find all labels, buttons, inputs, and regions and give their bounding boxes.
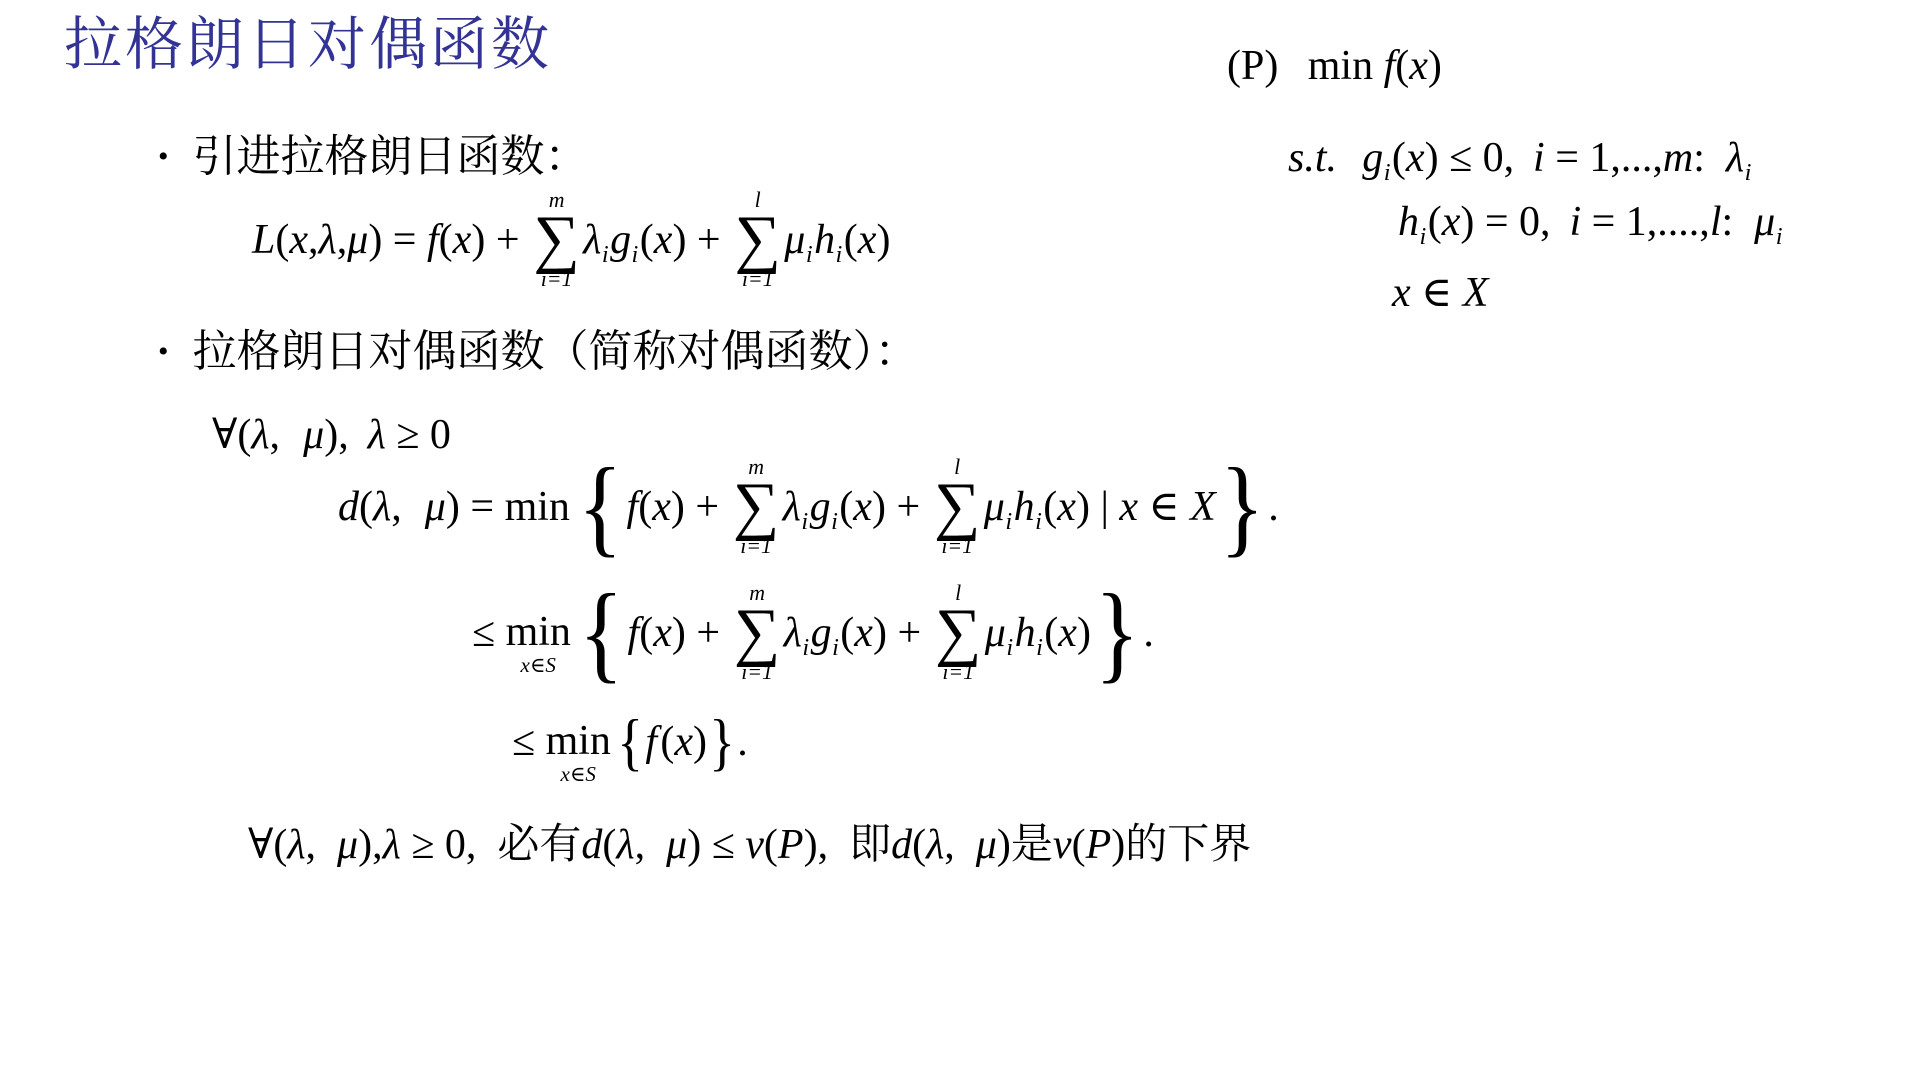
formula-primal-inequality-constraint: s.t.gi(x) ≤ 0,i = 1,...,m:λi — [1288, 130, 1753, 186]
bullet-icon: • — [158, 142, 169, 172]
bullet-intro-label: 引进拉格朗日函数： — [193, 132, 589, 183]
formula-lagrangian: L(x,λ,μ) = f(x) + m∑i=1λigi(x) + l∑i=1μi… — [252, 180, 890, 300]
formula-dual-definition: d(λ, μ) = min{f(x) + m∑i=1λigi(x) + l∑i=… — [338, 447, 1279, 567]
formula-leq-min-f: ≤ minx∈S{f(x)}. — [512, 702, 748, 782]
slide-canvas: 拉格朗日对偶函数 • 引进拉格朗日函数： L(x,λ,μ) = f(x) + m… — [0, 0, 1920, 1080]
bullet-icon: • — [158, 337, 169, 367]
formula-leq-min-over-s: ≤ minx∈S{f(x) + m∑i=1λigi(x) + l∑i=1μihi… — [472, 573, 1154, 693]
bullet-item-intro: • 引进拉格朗日函数： — [158, 127, 589, 187]
bullet-dual-label: 拉格朗日对偶函数（简称对偶函数）： — [193, 327, 919, 378]
bullet-item-dual: • 拉格朗日对偶函数（简称对偶函数）： — [158, 322, 919, 382]
slide-title: 拉格朗日对偶函数 — [64, 12, 552, 79]
formula-primal-equality-constraint: hi(x) = 0,i = 1,....,l:μi — [1398, 194, 1784, 250]
formula-primal-domain: x ∈ X — [1392, 265, 1488, 321]
formula-lower-bound-conclusion: ∀(λ, μ),λ ≥ 0,必有d(λ, μ) ≤ v(P),即d(λ, μ)是… — [248, 817, 1251, 873]
formula-primal-objective: (P)min f(x) — [1227, 38, 1442, 94]
